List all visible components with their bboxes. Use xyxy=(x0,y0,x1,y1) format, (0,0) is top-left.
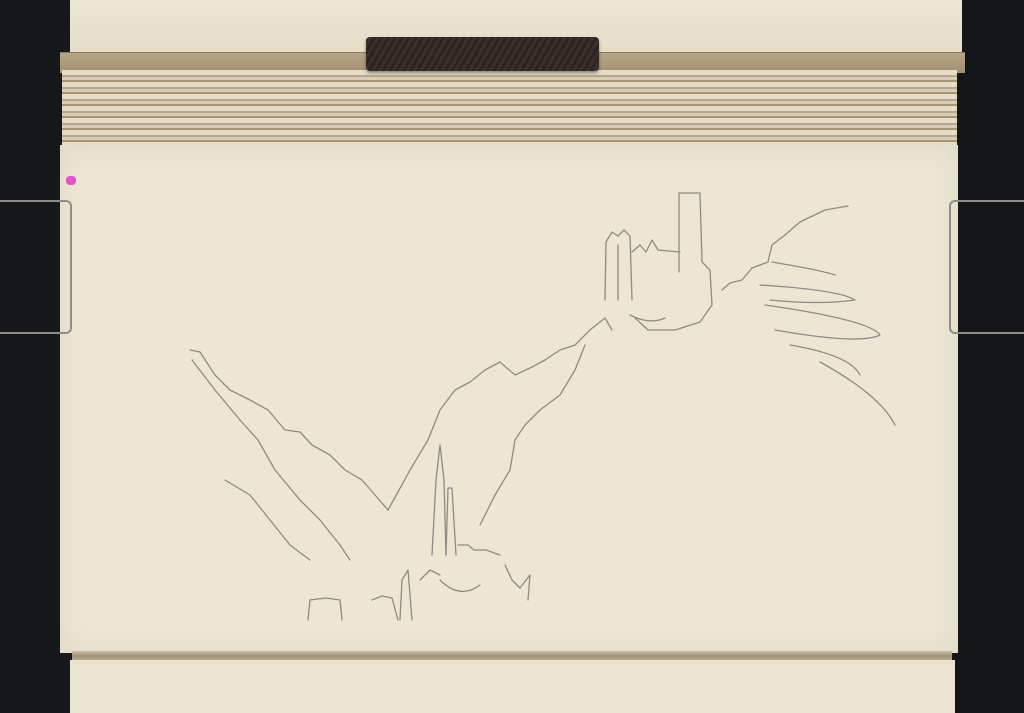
right-hills xyxy=(722,206,895,425)
castle-tower xyxy=(605,193,712,330)
pencil-sketch xyxy=(0,0,1024,713)
village-buildings xyxy=(308,565,530,620)
valley-hillsides xyxy=(190,318,612,560)
church-spire xyxy=(432,445,500,555)
